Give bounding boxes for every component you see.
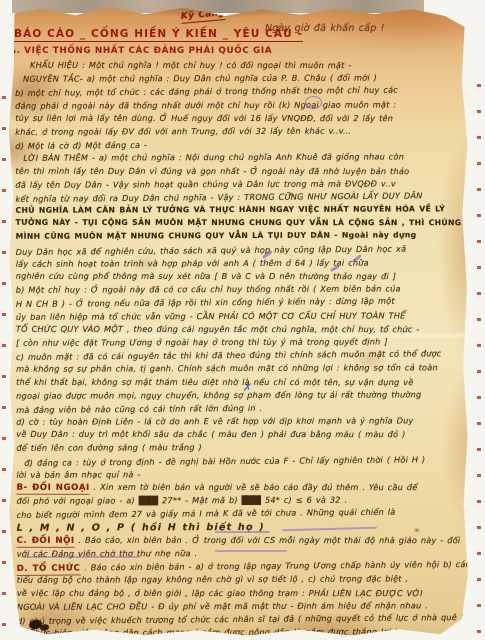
line-text: NGUYÊN TẮC- a) một chủ nghĩa : Duy Dân c…	[23, 73, 377, 84]
handwritten-line: thể khi thất bại, không sợ mật thám tiêu…	[16, 376, 467, 390]
blue-pencil-dot	[12, 626, 17, 630]
handwritten-line: tên thì mình lấy tên Duy Dân vì đúng và …	[15, 165, 466, 179]
handwritten-line: tùy sự liên lợi mà lấy tên dùng. Ở Huế n…	[15, 113, 466, 127]
line-text: đảng phái ở ngoài này đã thống nhất dưới…	[15, 99, 396, 110]
blue-x-mark: ✗	[242, 380, 253, 394]
line-heading: D. TỔ CHỨC	[17, 564, 81, 577]
backing-strip	[12, 0, 424, 13]
left-edge-red-ticks	[2, 96, 6, 634]
handwritten-line: tiểu đảng bộ cho thành lập ngay không nê…	[17, 574, 468, 589]
handwritten-line: B- ĐỐI NGOẠI . Xin xem tờ biên bản và ng…	[16, 482, 467, 496]
line-text: ngoại giao được muôn mọi, ngụy chuyển, k…	[16, 389, 421, 400]
line-text: khác, ở trong ngoài lấy ĐV đối với anh T…	[15, 126, 351, 137]
line-text: NGOÀI VÀ LIÊN LẠC CHO ĐỀU - Đ ủy phí về …	[17, 600, 428, 611]
right-edge-red-ticks	[477, 84, 481, 636]
line-text: về Duy Dân : duy trì một khối sâu da chắ…	[16, 429, 405, 439]
handwritten-line: mà không sợ sự phân chia, tị ganh. Chính…	[16, 363, 467, 378]
handwritten-line: ủy ban liên hiệp mà tổ chức vẫn vững - C…	[16, 310, 467, 325]
line-text: thể khi thất bại, không sợ mật thám tiêu…	[16, 376, 413, 386]
line-text: nghiên cứu cùng phổ thông mà suy xét nữa…	[16, 271, 396, 281]
line-text: . Xin xem tờ biên bản và người về sẽ báo…	[90, 482, 418, 492]
violet-circle-mark	[305, 96, 322, 109]
line-text: mà đảng viên bè nào cũng có cái tính rất…	[16, 403, 262, 415]
line-heading: B- ĐỐI NGOẠI	[16, 483, 89, 495]
line-text: b) Một chỉ huy : Ở ngoài này đã có cơ cấ…	[16, 284, 401, 295]
line-text: về việc lập chu đảng bộ , ở biên giới , …	[17, 587, 423, 597]
line-text: TỔ CHỨC QUY VÀO MỘT , theo đúng cái nguy…	[16, 324, 420, 334]
handwritten-line: L , M , N , O , P ( hồi H thì biết họ )	[17, 521, 468, 536]
handwriting-lines: KHẨU HIỆU : Một chủ nghĩa ! một chỉ huy …	[15, 59, 468, 640]
line-text: TƯỞNG NÀY - TỤI CỘNG SẢN MUÔN MẶT NHƯNG …	[16, 218, 462, 227]
handwritten-line: về việc lập chu đảng bộ , ở biên giới , …	[17, 587, 468, 601]
handwritten-line: LỜI BÀN THÊM - a) một chủ nghĩa : Nội du…	[15, 152, 466, 167]
handwritten-line: TỔ CHỨC QUY VÀO MỘT , theo đúng cái nguy…	[16, 324, 467, 338]
handwritten-line: C. ĐỐI NỘI . Báo cáo, xin biên bản . Ở t…	[17, 535, 468, 549]
line-text: đã lấy tên Duy Dân - Vậy sinh hoạt quần …	[15, 178, 396, 189]
handwritten-line: về Duy Dân : duy trì một khối sâu da chắ…	[16, 429, 467, 443]
handwritten-line: nghiên cứu cùng phổ thông mà suy xét nữa…	[16, 271, 467, 285]
aged-paper-sheet: Kỹ Càng Ngày giờ đã khẩn cấp ! BÁO CÁO _…	[5, 4, 473, 638]
line-text: đối phó với ngoại giao - a) ███ 27** - M…	[17, 495, 348, 506]
scanned-document-page: Kỹ Càng Ngày giờ đã khẩn cấp ! BÁO CÁO _…	[0, 0, 485, 640]
handwritten-line: TƯỞNG NÀY - TỤI CỘNG SẢN MUÔN MẶT NHƯNG …	[16, 218, 467, 232]
line-text: . Báo cáo xin biên bản - a) ở trong lập …	[80, 559, 470, 572]
line-text: tên thì mình lấy tên Duy Dân vì đúng và …	[15, 165, 409, 175]
line-text: cho biết người mình đem 27 và giấy má I …	[17, 507, 396, 520]
line-text: d) Một lá cờ đ) Một đảng ca -	[15, 140, 147, 151]
line-text: . Báo cáo, xin biên bản . Ở trong đối vớ…	[75, 535, 461, 545]
line-text: để tiến lên con đường sáng ( màu trắng )	[16, 443, 202, 454]
line-text: tùy sự liên lợi mà lấy tên dùng. Ở Huế n…	[15, 113, 393, 123]
section-a-heading: A. VIỆC THỐNG NHẤT CÁC ĐẢNG PHÁI QUỐC GI…	[9, 46, 272, 56]
line-text: c) muôn mặt : đã có cái nguyên tắc thì k…	[16, 348, 442, 362]
handwritten-line: KHẨU HIỆU : Một chủ nghĩa ! một chỉ huy …	[15, 60, 466, 74]
line-text: MÌNH CŨNG MUÔN MẶT NHƯNG CHUNG QUY VẪN L…	[16, 231, 417, 241]
line-text: b) một chỉ huy, một tổ chức : các đảng p…	[15, 85, 398, 98]
line-heading: C. ĐỐI NỘI	[17, 536, 75, 548]
line-text: KHẨU HIỆU : Một chủ nghĩa ! một chỉ huy …	[30, 60, 352, 70]
line-text: H N CH B ) - Ở trong nếu nữa đã lập rồi …	[16, 296, 395, 309]
line-text: ủy ban liên hiệp mà tổ chức vẫn vững - C…	[16, 310, 406, 321]
handwritten-line: đảng phái ở ngoài này đã thống nhất dưới…	[15, 99, 466, 114]
line-text: [ còn như việc đặt Trung Ương ở ngoài ha…	[16, 336, 388, 347]
document-title: BÁO CÁO _ CỐNG HIẾN Ý KIẾN _ YÊU CẦU -	[14, 28, 303, 42]
